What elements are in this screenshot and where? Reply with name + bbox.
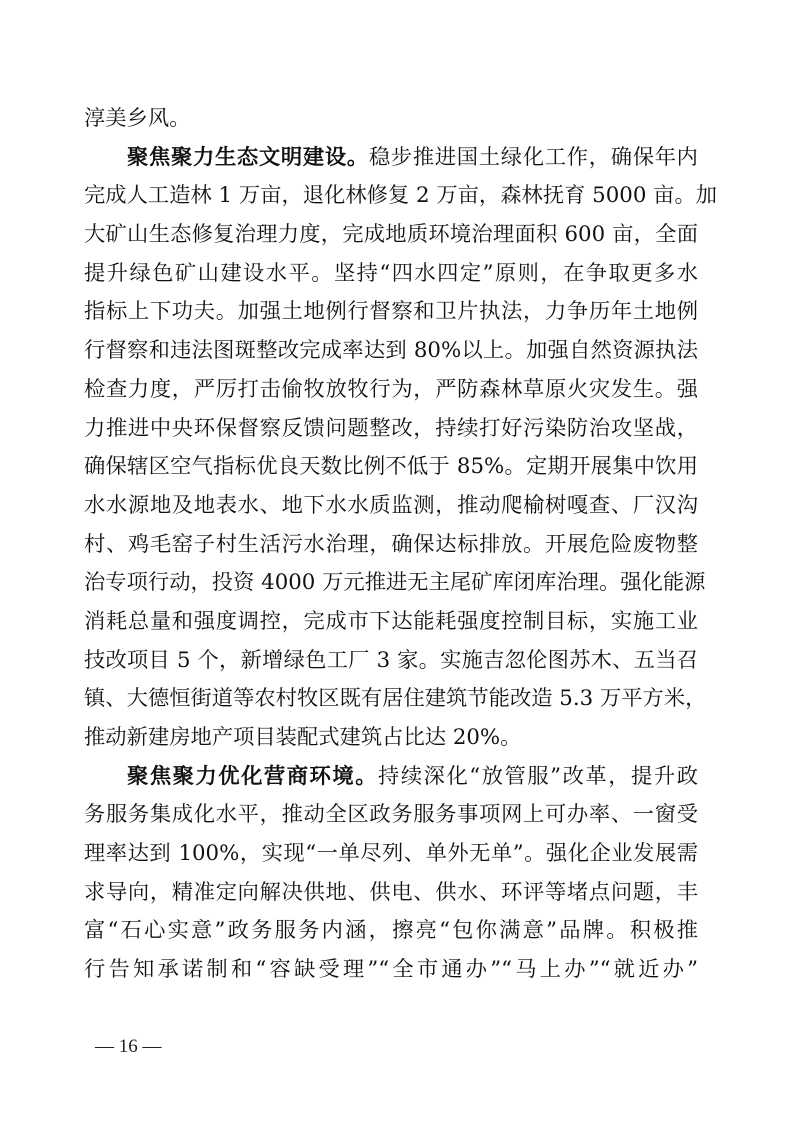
paragraph-line: 力推进中央环保督察反馈问题整改，持续打好污染防治攻坚战， [84,410,698,449]
paragraph-line: 淳美乡风。 [84,100,698,139]
paragraph-line: 推动新建房地产项目装配式建筑占比达 20%。 [84,719,698,758]
paragraph-line: 提升绿色矿山建设水平。坚持“四水四定”原则，在争取更多水 [84,255,698,294]
paragraph-first-line: 聚焦聚力优化营商环境。持续深化“放管服”改革，提升政 [84,758,698,797]
paragraph-heading: 聚焦聚力生态文明建设。 [127,145,369,170]
paragraph-text: 持续深化“放管服”改革，提升政 [378,764,698,789]
paragraph-line: 检查力度，严厉打击偷牧放牧行为，严防森林草原火灾发生。强 [84,371,698,410]
paragraph-line: 完成人工造林 1 万亩，退化林修复 2 万亩，森林抚育 5000 亩。加 [84,177,698,216]
paragraph-line: 务服务集成化水平，推动全区政务服务事项网上可办率、一窗受 [84,796,698,835]
paragraph-line: 指标上下功夫。加强土地例行督察和卫片执法，力争历年土地例 [84,293,698,332]
paragraph-text: 稳步推进国土绿化工作，确保年内 [369,145,698,170]
paragraph-heading: 聚焦聚力优化营商环境。 [127,764,378,789]
paragraph-line: 理率达到 100%，实现“一单尽列、单外无单”。强化企业发展需 [84,835,698,874]
paragraph-line: 技改项目 5 个，新增绿色工厂 3 家。实施吉忽伦图苏木、五当召 [84,642,698,681]
paragraph-line: 镇、大德恒街道等农村牧区既有居住建筑节能改造 5.3 万平方米， [84,680,698,719]
paragraph-line: 求导向，精准定向解决供地、供电、供水、环评等堵点问题，丰 [84,874,698,913]
paragraph-line: 行告知承诺制和“容缺受理”“全市通办”“马上办”“就近办” [84,951,698,990]
paragraph-line: 消耗总量和强度调控，完成市下达能耗强度控制目标，实施工业 [84,603,698,642]
paragraph-line: 大矿山生态修复治理力度，完成地质环境治理面积 600 亩，全面 [84,216,698,255]
document-body: 淳美乡风。 聚焦聚力生态文明建设。稳步推进国土绿化工作，确保年内 完成人工造林 … [84,100,698,990]
paragraph-first-line: 聚焦聚力生态文明建设。稳步推进国土绿化工作，确保年内 [84,139,698,178]
paragraph-line: 确保辖区空气指标优良天数比例不低于 85%。定期开展集中饮用 [84,448,698,487]
paragraph-line: 水水源地及地表水、地下水水质监测，推动爬榆树嘎查、厂汉沟 [84,487,698,526]
paragraph-line: 富“石心实意”政务服务内涵，擦亮“包你满意”品牌。积极推 [84,912,698,951]
paragraph-line: 行督察和违法图斑整改完成率达到 80%以上。加强自然资源执法 [84,332,698,371]
page-number: — 16 — [95,1036,162,1058]
paragraph-line: 村、鸡毛窑子村生活污水治理，确保达标排放。开展危险废物整 [84,526,698,565]
paragraph-line: 治专项行动，投资 4000 万元推进无主尾矿库闭库治理。强化能源 [84,564,698,603]
